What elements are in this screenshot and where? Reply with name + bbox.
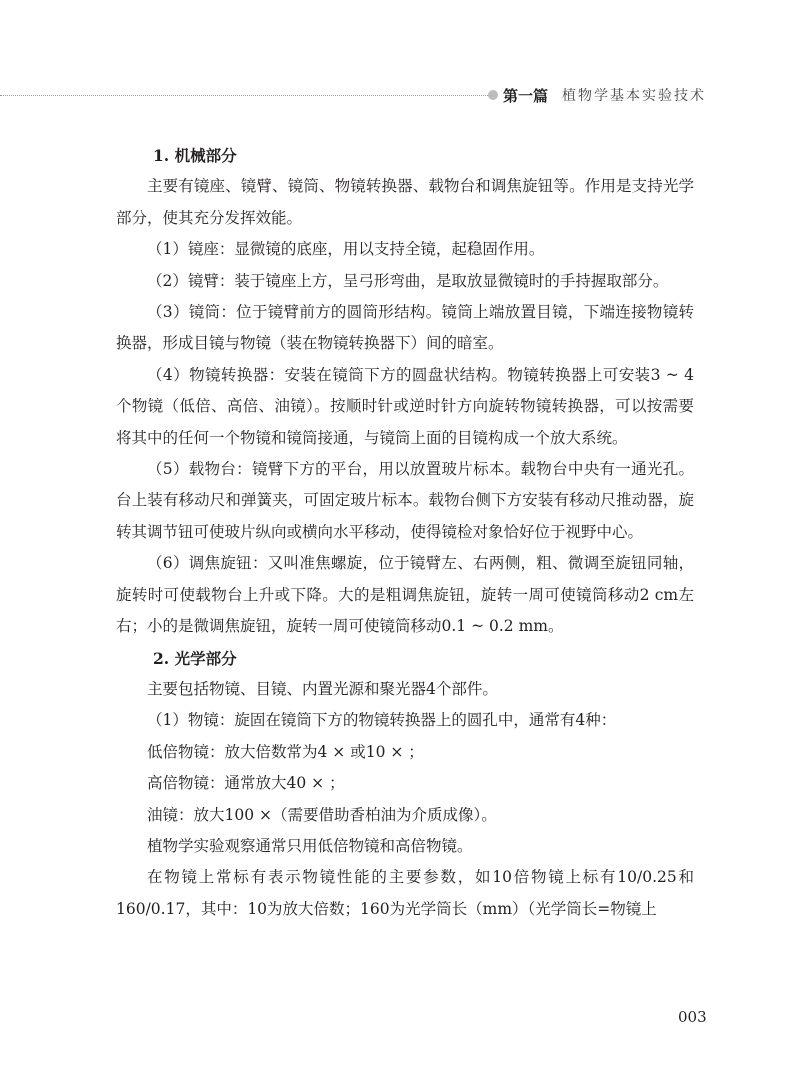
part-title: 植物学基本实验技术 (562, 86, 706, 106)
paragraph-item: （1）物镜：旋固在镜筒下方的物镜转换器上的圆孔中，通常有4种： (116, 705, 694, 736)
paragraph: 主要有镜座、镜臂、镜筒、物镜转换器、载物台和调焦旋钮等。作用是支持光学部分，使其… (116, 171, 694, 234)
section-heading-optical: 2. 光学部分 (116, 643, 694, 674)
part-label: 第一篇 (503, 86, 548, 106)
paragraph: 主要包括物镜、目镜、内置光源和聚光器4个部件。 (116, 674, 694, 705)
paragraph-line: 油镜：放大100 ×（需要借助香柏油为介质成像）。 (116, 800, 694, 831)
section-heading-mechanical: 1. 机械部分 (116, 140, 694, 171)
paragraph-item: （6）调焦旋钮：又叫准焦螺旋，位于镜臂左、右两侧，粗、微调至旋钮同轴，旋转时可使… (116, 548, 694, 642)
page-number: 003 (678, 1008, 707, 1026)
header-dotted-rule (0, 95, 490, 96)
paragraph-item: （2）镜臂：装于镜座上方，呈弓形弯曲，是取放显微镜时的手持握取部分。 (116, 266, 694, 297)
paragraph-item: （5）载物台：镜臂下方的平台，用以放置玻片标本。载物台中央有一通光孔。台上装有移… (116, 454, 694, 548)
paragraph-line: 低倍物镜：放大倍数常为4 × 或10 × ； (116, 737, 694, 768)
header-bullet-icon (488, 90, 498, 100)
paragraph-item: （3）镜筒：位于镜臂前方的圆筒形结构。镜筒上端放置目镜，下端连接物镜转换器，形成… (116, 297, 694, 360)
paragraph: 在物镜上常标有表示物镜性能的主要参数，如10倍物镜上标有10/0.25和160/… (116, 862, 694, 925)
page-body: 1. 机械部分 主要有镜座、镜臂、镜筒、物镜转换器、载物台和调焦旋钮等。作用是支… (116, 140, 694, 925)
running-header: 第一篇 植物学基本实验技术 (0, 86, 799, 106)
paragraph-line: 高倍物镜：通常放大40 × ； (116, 768, 694, 799)
paragraph-item: （1）镜座：显微镜的底座，用以支持全镜，起稳固作用。 (116, 234, 694, 265)
paragraph-item: （4）物镜转换器：安装在镜筒下方的圆盘状结构。物镜转换器上可安装3 ~ 4个物镜… (116, 360, 694, 454)
paragraph-line: 植物学实验观察通常只用低倍物镜和高倍物镜。 (116, 831, 694, 862)
